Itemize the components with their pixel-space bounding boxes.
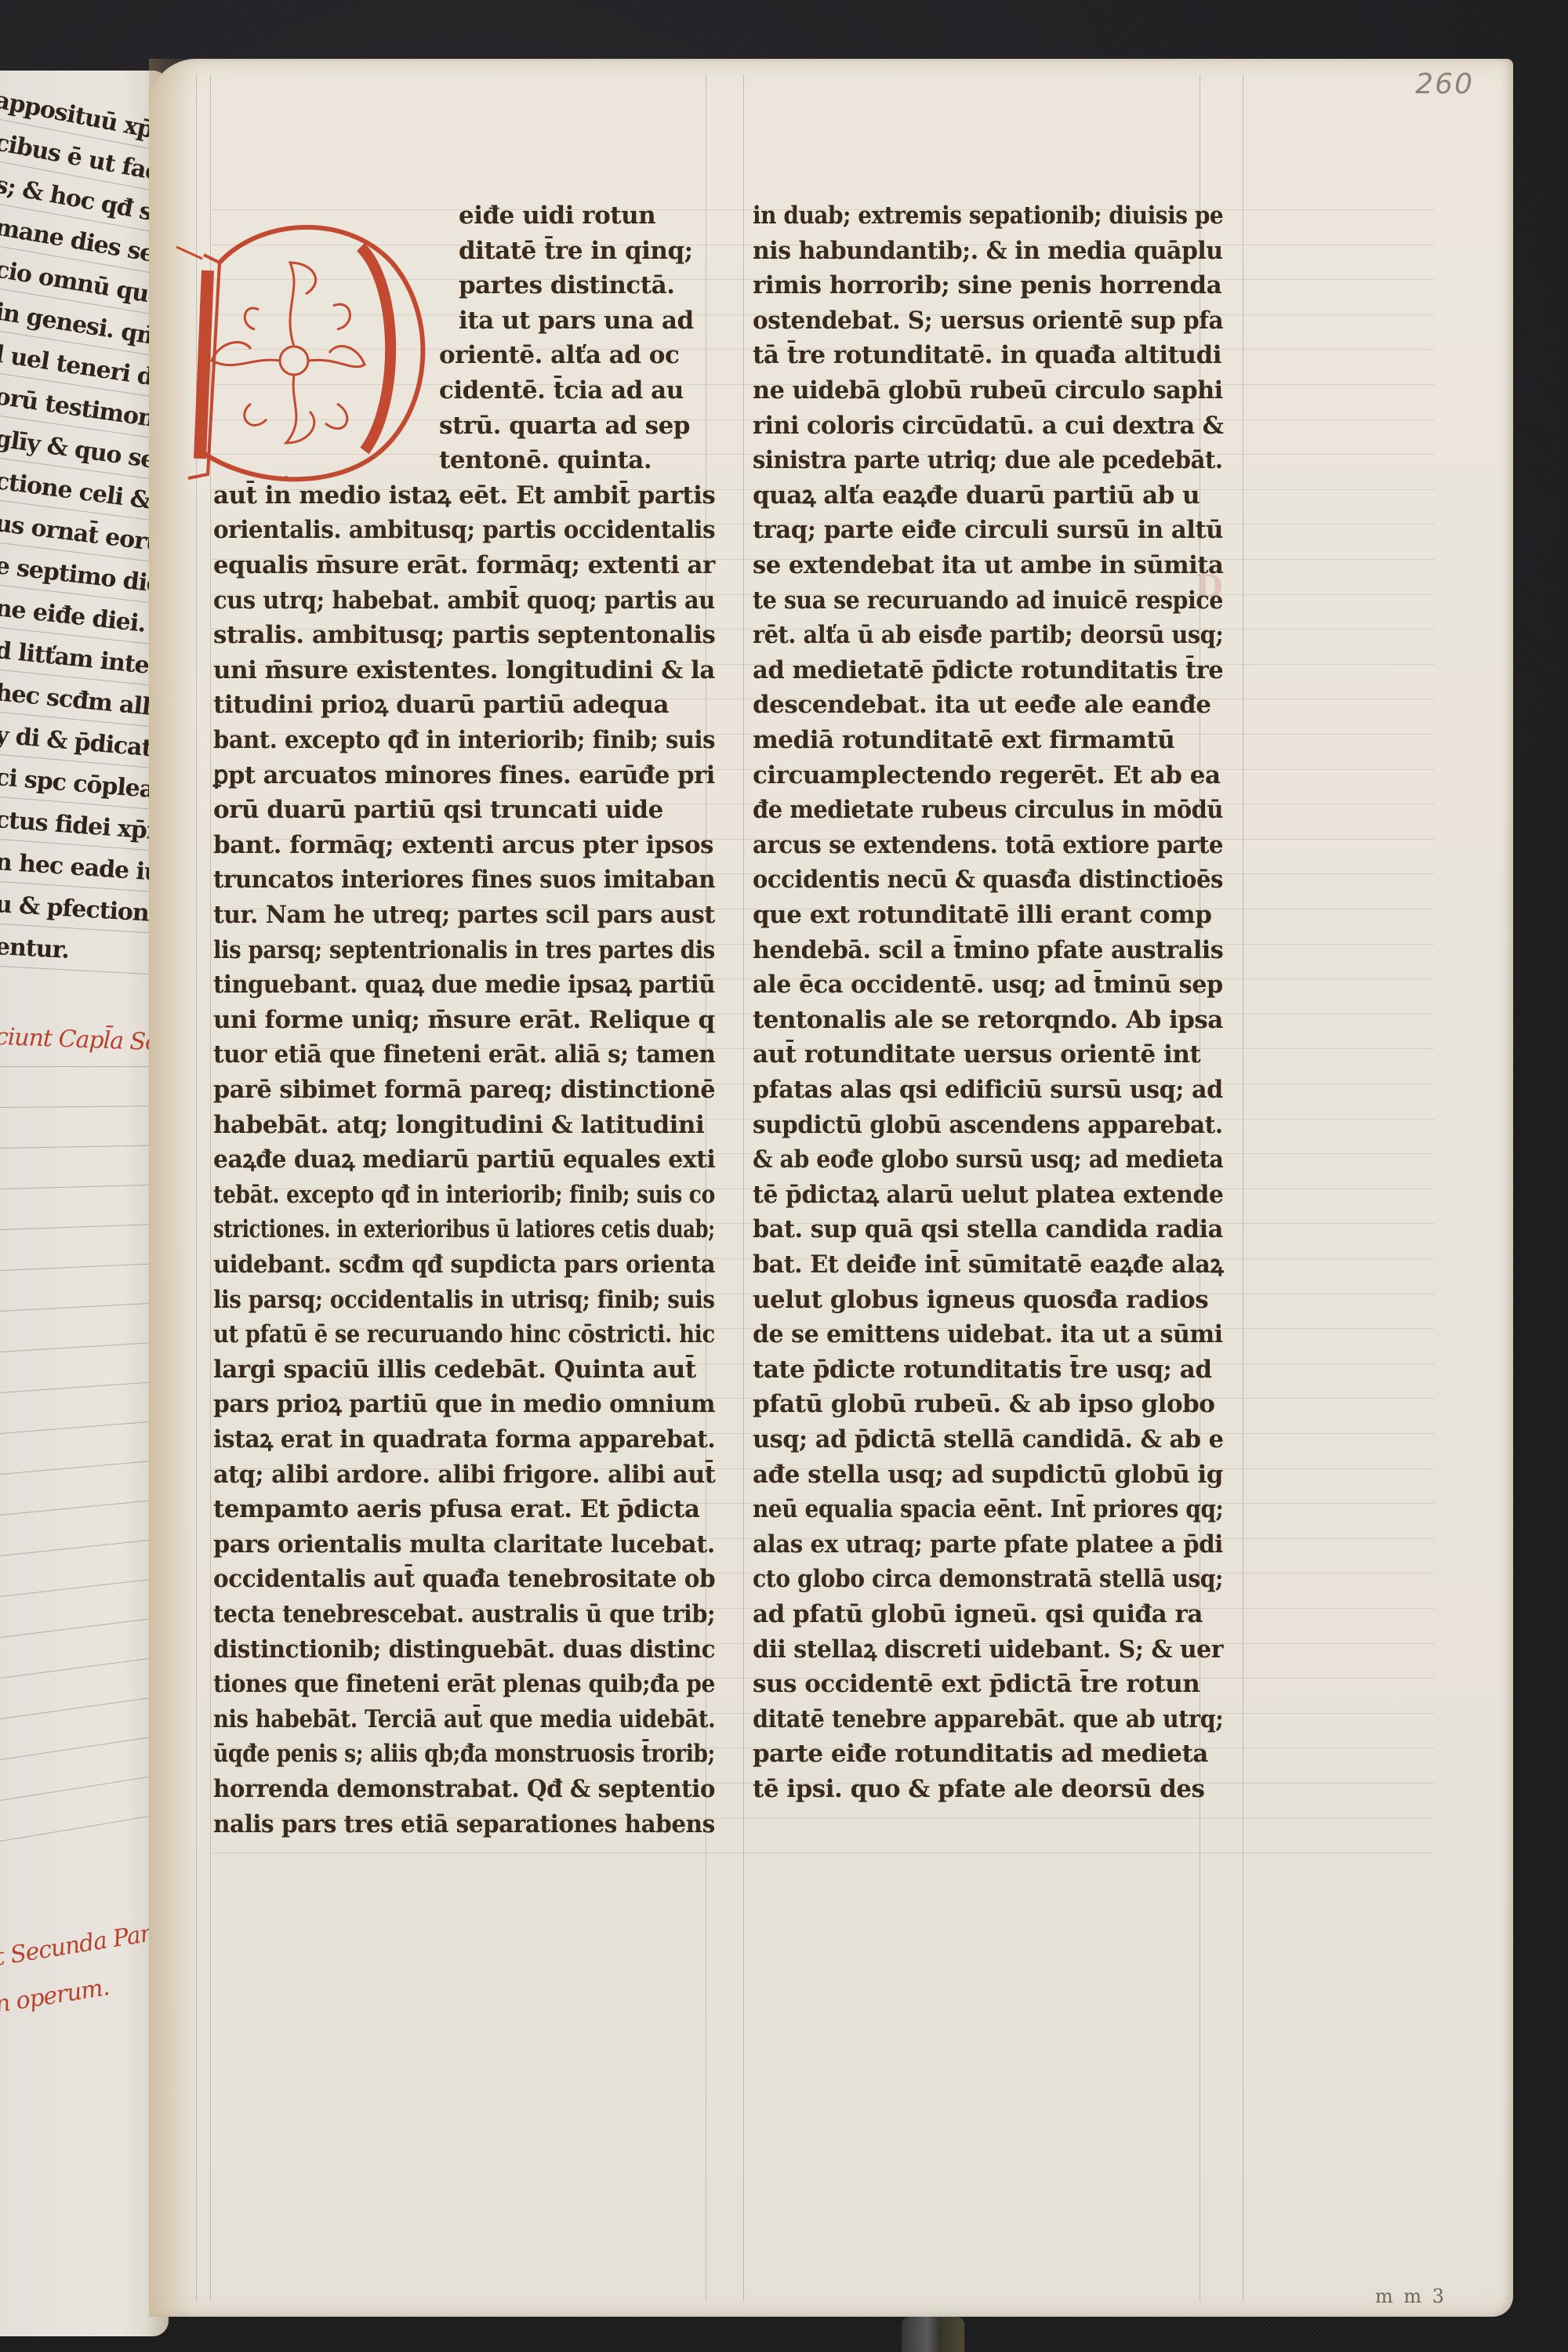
left-page-text-line: u & pfectione uniuscu (0, 891, 169, 929)
column-b-text-line: ad medietatē p̄dicte rotunditatis t̄re (753, 653, 1223, 688)
column-b-text-line: occidentis necū & quasđa distinctioēs (753, 862, 1223, 897)
book-clasp (902, 2317, 964, 2352)
column-b-text-line: que ext rotunditatē illi erant comp (753, 898, 1211, 932)
left-page-text-line: e septimo diei ascribi (0, 552, 169, 600)
left-page-ruling (0, 1538, 168, 1556)
column-a-text-line: pars prioꝝ partiū que in medio omnium (213, 1387, 715, 1421)
column-b-text-line: te sua se recuruando ad inuicē respice (753, 583, 1223, 618)
column-b-text-line: tā t̄re rotunditatē. in quađa altitudi (753, 338, 1221, 372)
column-b-text-line: đe medietate rubeus circulus in mōdū (753, 793, 1223, 827)
column-a-text-line: bant. formāq; extenti arcus pter ipsos (213, 828, 713, 862)
column-b-text-line: parte eiđe rotunditatis ad medieta (753, 1737, 1208, 1771)
column-b-text-line: tate p̄dicte rotunditatis t̄re usq; ad (753, 1352, 1212, 1387)
left-page-ruling (0, 1656, 167, 1679)
column-a-text-line: aut̄ in medio istaꝝ eēt. Et ambit̄ parti… (213, 478, 715, 513)
column-a-text-line: ꝑpt arcuatos minores fines. earūđe pri (213, 758, 715, 793)
column-a-text-line: partes distinctā. (459, 268, 675, 303)
column-a-text-line: ūqđe penis s; aliis qb;đa monstruosis t̄… (213, 1737, 715, 1771)
column-b-text-line: nis habundantib;. & in media quāplu (753, 234, 1223, 268)
left-page-rubric: n operum. (0, 1963, 169, 2019)
column-a-text-line: tempamto aeris pfusa erat. Et p̄dicta (213, 1492, 699, 1526)
column-a-text-line: uidebant. scđm qđ supdicta pars orienta (213, 1247, 715, 1282)
left-page-text-line: hec scđm allegoriā p̄ce (0, 679, 169, 723)
left-page-ruling (0, 1223, 169, 1230)
left-page-rubric: ciunt Capl̄a Scđe P (0, 1023, 169, 1057)
column-b-text-line: tē ipsi. quo & pfate ale deorsū des (753, 1772, 1204, 1806)
left-page-ruling (0, 1734, 167, 1760)
column-a-text-line: pars orientalis multa claritate lucebat. (213, 1527, 715, 1562)
column-a-text-line: tinguebant. quaꝝ due medie ipsaꝝ partiū (213, 967, 715, 1002)
column-b-text-line: rēt. alťa ū ab eisđe partib; deorsū usq; (753, 618, 1223, 652)
column-a-text-line: distinctionib; distinguebāt. duas distin… (213, 1632, 715, 1667)
column-a-text-line: occidentalis aut̄ quađa tenebrositate ob (213, 1562, 715, 1596)
left-page-ruling (0, 1459, 168, 1475)
column-b-text-line: rini coloris circūdatū. a cui dextra & (753, 408, 1223, 443)
column-a-text-line: tur. Nam he utreq; partes scil pars aust (213, 898, 715, 932)
column-a-text-line: largi spaciū illis cedebāt. Quinta aut̄ (213, 1352, 696, 1387)
column-a-text-line: tecta tenebrescebat. australis ū que tri… (213, 1597, 715, 1632)
column-a-text-line: orientē. alťa ad oc (439, 338, 679, 372)
column-b-text-line: arcus se extendens. totā extiore parte (753, 828, 1223, 862)
column-a-text-line: ita ut pars una ad (459, 303, 694, 338)
column-a-text-line: uni m̄sure existentes. longitudini & la (213, 653, 715, 688)
column-a-text-line: nalis pars tres etiā separationes habens (213, 1807, 715, 1842)
column-a-text-line: tiones que fineteni erāt plenas quib;đa … (213, 1667, 715, 1701)
left-page-ruling (0, 1105, 169, 1108)
column-a-text-line: stralis. ambitusq; partis septentonalis (213, 618, 715, 652)
left-page-ruling (0, 1617, 167, 1638)
column-b-text-line: ale ēca occidentē. usq; ad t̄minū sep (753, 967, 1223, 1002)
column-a-text-line: eiđe uidi rotun (459, 198, 655, 233)
column-a-text-line: ditatē t̄re in qinq; (459, 234, 693, 268)
column-b-text-line: bat. Et deiđe int̄ sūmitatē eaꝝđe alaꝝ (753, 1247, 1223, 1282)
column-b-text-line: descendebat. ita ut eeđe ale eanđe (753, 688, 1210, 722)
column-b-text-line: pfatū globū rubeū. & ab ipso globo (753, 1387, 1214, 1421)
left-page-ruling (0, 1263, 169, 1271)
column-b-text-line: traq; parte eiđe circuli sursū in altū (753, 513, 1223, 547)
column-a-text-line: atq; alibi ardore. alibi frigore. alibi … (213, 1457, 715, 1492)
left-page-text-line: us ornat̄ eorū & cople (0, 510, 169, 559)
left-page-ruling (0, 1341, 169, 1352)
column-a-text-line: horrenda demonstrabat. Qđ & septentio (213, 1772, 715, 1806)
column-b-text-line: alas ex utraq; parte pfate platee a p̄di (753, 1527, 1223, 1562)
column-a-text-line: cus utrq; habebat. ambit̄ quoq; partis a… (213, 583, 715, 618)
column-b-text-line: supdictū globū ascendens apparebat. (753, 1108, 1223, 1142)
ruling-line (212, 1853, 1435, 1853)
column-a-text-line: habebāt. atq; longitudini & latitudini (213, 1108, 704, 1142)
column-a-text-line: equalis m̄sure erāt. formāq; extenti ar (213, 548, 715, 583)
column-b-text-line: neū equalia spacia eēnt. Int̄ priores qq… (753, 1492, 1223, 1526)
left-page-ruling (0, 1813, 166, 1842)
column-a-text-line: tebāt. excepto qđ in interiorib; finib; … (213, 1178, 715, 1212)
shelfmark: m m 3 (1375, 2285, 1446, 2307)
decorated-initial-d (165, 216, 439, 482)
column-b-text-line: dii stellaꝝ discreti uidebant. S; & uer (753, 1632, 1223, 1667)
initial-d-icon (165, 216, 439, 482)
column-a-text-line: tuor etiā que fineteni erāt. aliā s; tam… (213, 1037, 715, 1072)
column-a-text-line: ut pfatū ē se recuruando hinc cōstricti.… (213, 1317, 715, 1352)
column-b-text-line: mediā rotunditatē ext firmamtū (753, 723, 1174, 757)
left-page-text-line: ctione celi & t̄re sequ (0, 467, 169, 517)
column-a-text-line: tentonē. quinta. (439, 443, 652, 477)
column-a-text-line: cidentē. t̄cia ad au (439, 373, 684, 408)
left-page-ruling (0, 1381, 169, 1393)
column-a-text-line: lis parsq; occidentalis in utrisq; finib… (213, 1283, 715, 1317)
column-b-text-line: sinistra parte utriq; due ale pcedebāt. (753, 443, 1223, 477)
left-page-fragment: apposituū xp̄i testimocibus ē ut faciā u… (0, 71, 169, 2336)
folio-number: 260 (1415, 68, 1474, 100)
column-b-text-line: circuamplectendo regerēt. Et ab ea (753, 758, 1221, 793)
column-b-text-line: ađe stella usq; ad supdictū globū ig (753, 1457, 1223, 1492)
column-b-text-line: usq; ad p̄dictā stellā candidā. & ab e (753, 1422, 1223, 1457)
left-page-text-line: entur. (0, 933, 169, 970)
column-a-text-line: orū duarū partiū qsi truncati uide (213, 793, 663, 827)
column-a-text-line: strictiones. in exterioribus ū latiores … (213, 1212, 715, 1247)
column-b-text-line: sus occidentē ext p̄dictā t̄re rotun (753, 1667, 1200, 1701)
left-page-ruling (0, 1145, 169, 1149)
left-page-text-line: y di & p̄dicatione euā (0, 721, 169, 764)
left-page-ruling (0, 1420, 168, 1434)
column-b-text-line: in duab; extremis sepationib; diuisis pe (753, 198, 1223, 233)
column-a-text-line: orientalis. ambitusq; partis occidentali… (213, 513, 715, 547)
left-page-ruling (0, 1066, 169, 1067)
column-a-text-line: bant. excepto qđ in interiorib; finib; s… (213, 723, 715, 757)
column-a-text-line: strū. quarta ad sep (439, 408, 690, 443)
left-page-ruling (0, 1184, 169, 1189)
column-a-text-line: istaꝝ erat in quadrata forma apparebat. (213, 1422, 715, 1457)
left-page-ruling (0, 1773, 166, 1801)
left-page-text-line: n hec eade iuxta trop (0, 848, 169, 887)
column-b-text-line: de se emittens uidebat. ita ut a sūmi (753, 1317, 1223, 1352)
column-b-text-line: pfatas alas qsi edificiū sursū usq; ad (753, 1073, 1223, 1107)
column-b-text-line: ad pfatū globū igneū. qsi quiđa ra (753, 1597, 1203, 1632)
left-page-ruling (0, 1498, 168, 1515)
left-page-ruling (0, 1695, 167, 1719)
column-b-text-line: & ab eođe globo sursū usq; ad medieta (753, 1142, 1223, 1177)
column-b-text-line: ditatē tenebre apparebāt. que ab utrq; (753, 1702, 1223, 1737)
column-a-text-line: parē sibimet formā pareq; distinctionē (213, 1073, 715, 1107)
column-b-text-line: tentonalis ale se retorqndo. Ab ipsa (753, 1003, 1223, 1037)
column-a-text-line: nis habebāt. Terciā aut̄ que media uideb… (213, 1702, 715, 1737)
column-b-text-line: ostendebat. S; uersus orientē sup pfa (753, 303, 1223, 338)
column-b-text-line: cto globo circa demonstratā stellā usq; (753, 1562, 1223, 1596)
column-a-text-line: titudini prioꝝ duarū partiū adequa (213, 688, 669, 722)
column-b-text-line: quaꝝ alťa eaꝝđe duarū partiū ab u (753, 478, 1200, 513)
left-page-rubric: t Secunda Pars Libri (0, 1916, 169, 1972)
column-b-text-line: aut̄ rotunditate uersus orientē int (753, 1037, 1200, 1072)
column-a-text-line: truncatos interiores fines suos imitaban (213, 862, 715, 897)
column-a-text-line: uni forme uniq; m̄sure erāt. Relique q (213, 1003, 715, 1037)
column-b-text-line: hendebā. scil a t̄mino pfate australis (753, 933, 1223, 967)
left-page-ruling (0, 1577, 168, 1597)
column-b-text-line: tē p̄dictaꝝ alarū uelut platea extende (753, 1178, 1223, 1212)
column-b-text-line: ne uidebā globū rubeū circulo saphi (753, 373, 1223, 408)
left-page-ruling (0, 1302, 169, 1312)
column-b-text-line: rimis horrorib; sine penis horrenda (753, 268, 1221, 303)
column-a-text-line: eaꝝđe duaꝝ mediarū partiū equales exti (213, 1142, 715, 1177)
column-b-text-line: se extendebat ita ut ambe in sūmita (753, 548, 1223, 583)
column-a-text-line: lis parsq; septentrionalis in tres parte… (213, 933, 715, 967)
column-b-text-line: uelut globus igneus quosđa radios (753, 1283, 1208, 1317)
column-b-text-line: bat. sup quā qsi stella candida radia (753, 1212, 1223, 1247)
